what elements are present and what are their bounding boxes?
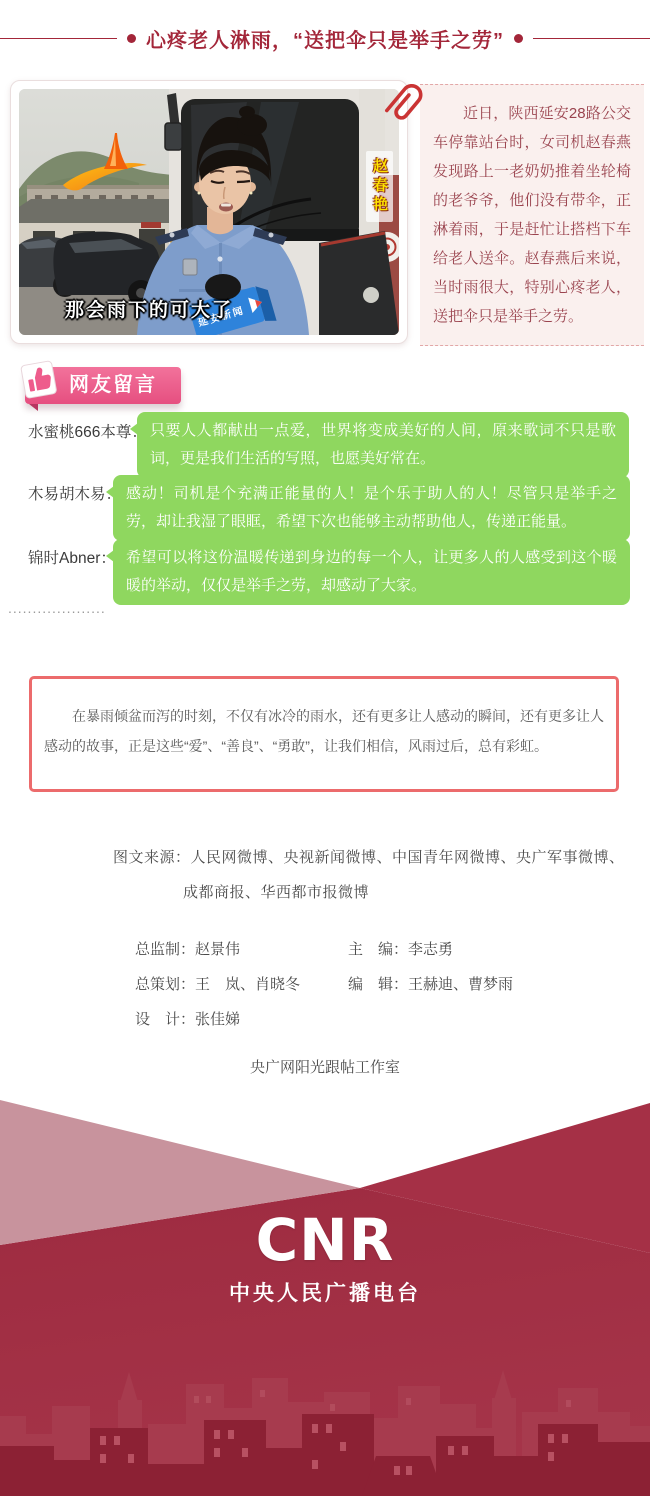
- more-comments-ellipsis: ....................: [8, 600, 106, 616]
- source-line-1: 图文来源：人民网微博、央视新闻微博、中国青年网微博、央广军事微博、: [113, 846, 625, 867]
- banner-fold: [29, 404, 38, 411]
- header-line-right: [533, 38, 650, 39]
- news-text-box: 近日，陕西延安28路公交车停靠站台时，女司机赵春燕发现路上一老奶奶推着坐轮椅的老…: [420, 84, 644, 346]
- comment-bubble: 希望可以将这份温暖传递到身边的每一个人，让更多人的人感受到这个暖暖的举动，仅仅是…: [113, 539, 630, 605]
- cnr-logo-block: CNR 中央人民广播电台: [0, 1211, 650, 1307]
- comment-author: 锦时Abner：: [28, 546, 116, 568]
- credit-chief-producer: 总监制：赵景伟: [135, 938, 240, 959]
- interviewee-name-tag: 赵春艳: [366, 151, 393, 222]
- footer: CNR 中央人民广播电台: [0, 1093, 650, 1496]
- credit-chief-planner: 总策划：王 岚、肖晓冬: [135, 973, 300, 994]
- header-dot-right: [514, 34, 523, 43]
- studio-name: 央广网阳光跟帖工作室: [0, 1056, 650, 1077]
- cnr-logo: CNR: [0, 1211, 650, 1269]
- photo-subtitle-caption: 那会雨下的可大了: [65, 295, 233, 322]
- news-photo: 延安新闻 那会雨下的可大了 赵春艳: [19, 89, 399, 335]
- cnr-org-name: 中央人民广播电台: [0, 1277, 650, 1307]
- header: 心疼老人淋雨，“送把伞只是举手之劳”: [0, 24, 650, 53]
- paperclip-icon: [376, 74, 432, 134]
- comment-bubble: 只要人人都献出一点爱，世界将变成美好的人间，原来歌词不只是歌词，更是我们生活的写…: [137, 412, 629, 478]
- header-dot-left: [127, 34, 136, 43]
- comments-section-title: 网友留言: [69, 374, 157, 396]
- news-photo-frame: 延安新闻 那会雨下的可大了 赵春艳: [10, 80, 408, 344]
- page-title: 心疼老人淋雨，“送把伞只是举手之劳”: [146, 24, 504, 53]
- comment-bubble: 感动！司机是个充满正能量的人！是个乐于助人的人！尽管只是举手之劳，却让我湿了眼眶…: [113, 475, 630, 541]
- city-skyline-silhouette: [0, 1370, 650, 1496]
- editor-summary-box: 在暴雨倾盆而泻的时刻，不仅有冰冷的雨水，还有更多让人感动的瞬间，还有更多让人感动…: [29, 676, 619, 792]
- comments-section-banner: 网友留言: [25, 367, 181, 404]
- credit-designer: 设 计：张佳娣: [135, 1008, 240, 1029]
- thumbs-up-icon: [18, 356, 60, 400]
- credit-chief-editor: 主 编：李志勇: [348, 938, 453, 959]
- article-page: 心疼老人淋雨，“送把伞只是举手之劳”: [0, 0, 650, 1496]
- header-line-left: [0, 38, 117, 39]
- credit-editors: 编 辑：王赫迪、曹梦雨: [348, 973, 513, 994]
- source-line-2: 成都商报、华西都市报微博: [183, 881, 369, 902]
